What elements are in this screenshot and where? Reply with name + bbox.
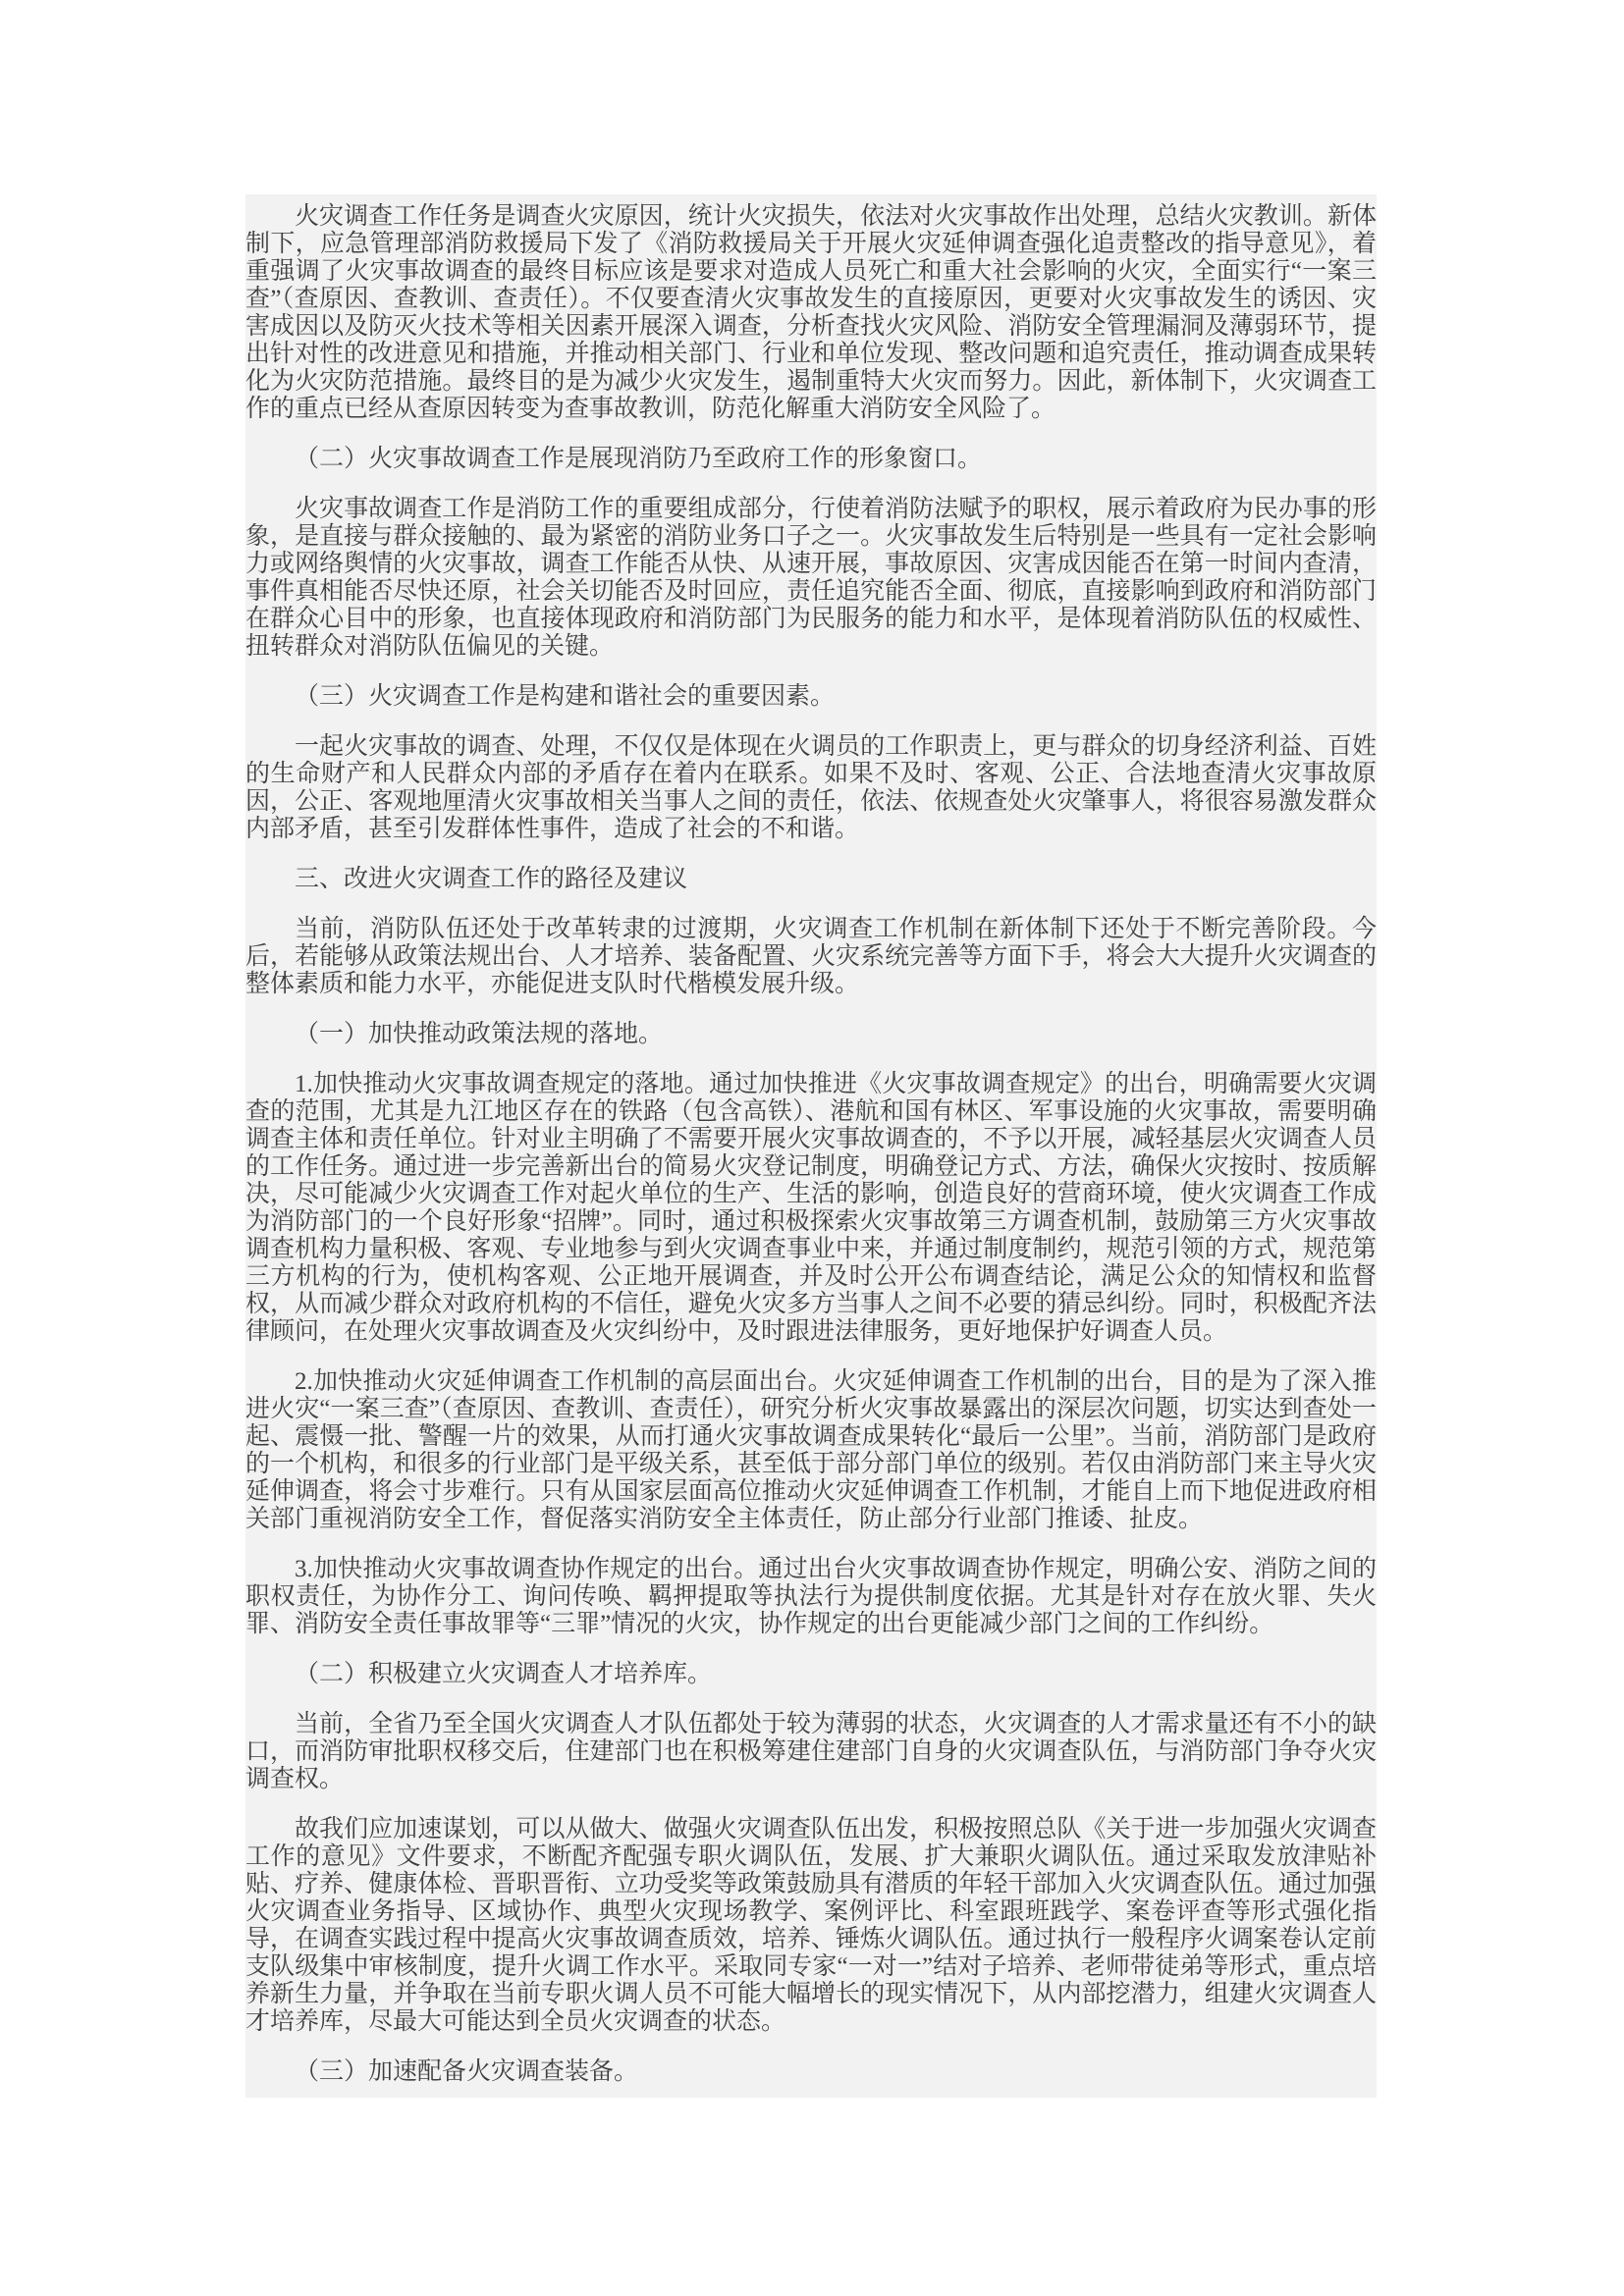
- body-paragraph-talent-shortage: 当前，全省乃至全国火灾调查人才队伍都处于较为薄弱的状态，火灾调查的人才需求量还有…: [245, 1711, 1377, 1793]
- body-paragraph-image-window: 火灾事故调查工作是消防工作的重要组成部分，行使着消防法赋予的职权，展示着政府为民…: [245, 496, 1377, 661]
- section-heading-3-improvement-paths: 三、改进火灾调查工作的路径及建议: [245, 866, 1377, 893]
- subheading-2-talent-pool: （二）积极建立火灾调查人才培养库。: [245, 1661, 1377, 1688]
- body-paragraph-item-3-cooperation-regulations: 3.加快推动火灾事故调查协作规定的出台。通过出台火灾事故调查协作规定，明确公安、…: [245, 1556, 1377, 1638]
- subheading-1-policy-regulations: （一）加快推动政策法规的落地。: [245, 1021, 1377, 1048]
- body-paragraph-harmonious-society: 一起火灾事故的调查、处理，不仅仅是体现在火调员的工作职责上，更与群众的切身经济利…: [245, 733, 1377, 843]
- document-text-panel: 火灾调查工作任务是调查火灾原因，统计火灾损失，依法对火灾事故作出处理，总结火灾教…: [245, 194, 1377, 2098]
- body-paragraph-intro: 火灾调查工作任务是调查火灾原因，统计火灾损失，依法对火灾事故作出处理，总结火灾教…: [245, 203, 1377, 423]
- body-paragraph-transition-period: 当前，消防队伍还处于改革转隶的过渡期，火灾调查工作机制在新体制下还处于不断完善阶…: [245, 916, 1377, 998]
- page: 火灾调查工作任务是调查火灾原因，统计火灾损失，依法对火灾事故作出处理，总结火灾教…: [0, 0, 1624, 2296]
- subheading-2-image-window: （二）火灾事故调查工作是展现消防乃至政府工作的形象窗口。: [245, 446, 1377, 473]
- body-paragraph-item-2-extended-investigation: 2.加快推动火灾延伸调查工作机制的高层面出台。火灾延伸调查工作机制的出台，目的是…: [245, 1368, 1377, 1533]
- body-paragraph-item-1-investigation-regulations: 1.加快推动火灾事故调查规定的落地。通过加快推进《火灾事故调查规定》的出台，明确…: [245, 1071, 1377, 1346]
- subheading-3-harmonious-society: （三）火灾调查工作是构建和谐社会的重要因素。: [245, 683, 1377, 711]
- subheading-3-equipment: （三）加速配备火灾调查装备。: [245, 2058, 1377, 2086]
- body-paragraph-talent-plan: 故我们应加速谋划，可以从做大、做强火灾调查队伍出发，积极按照总队《关于进一步加强…: [245, 1816, 1377, 2036]
